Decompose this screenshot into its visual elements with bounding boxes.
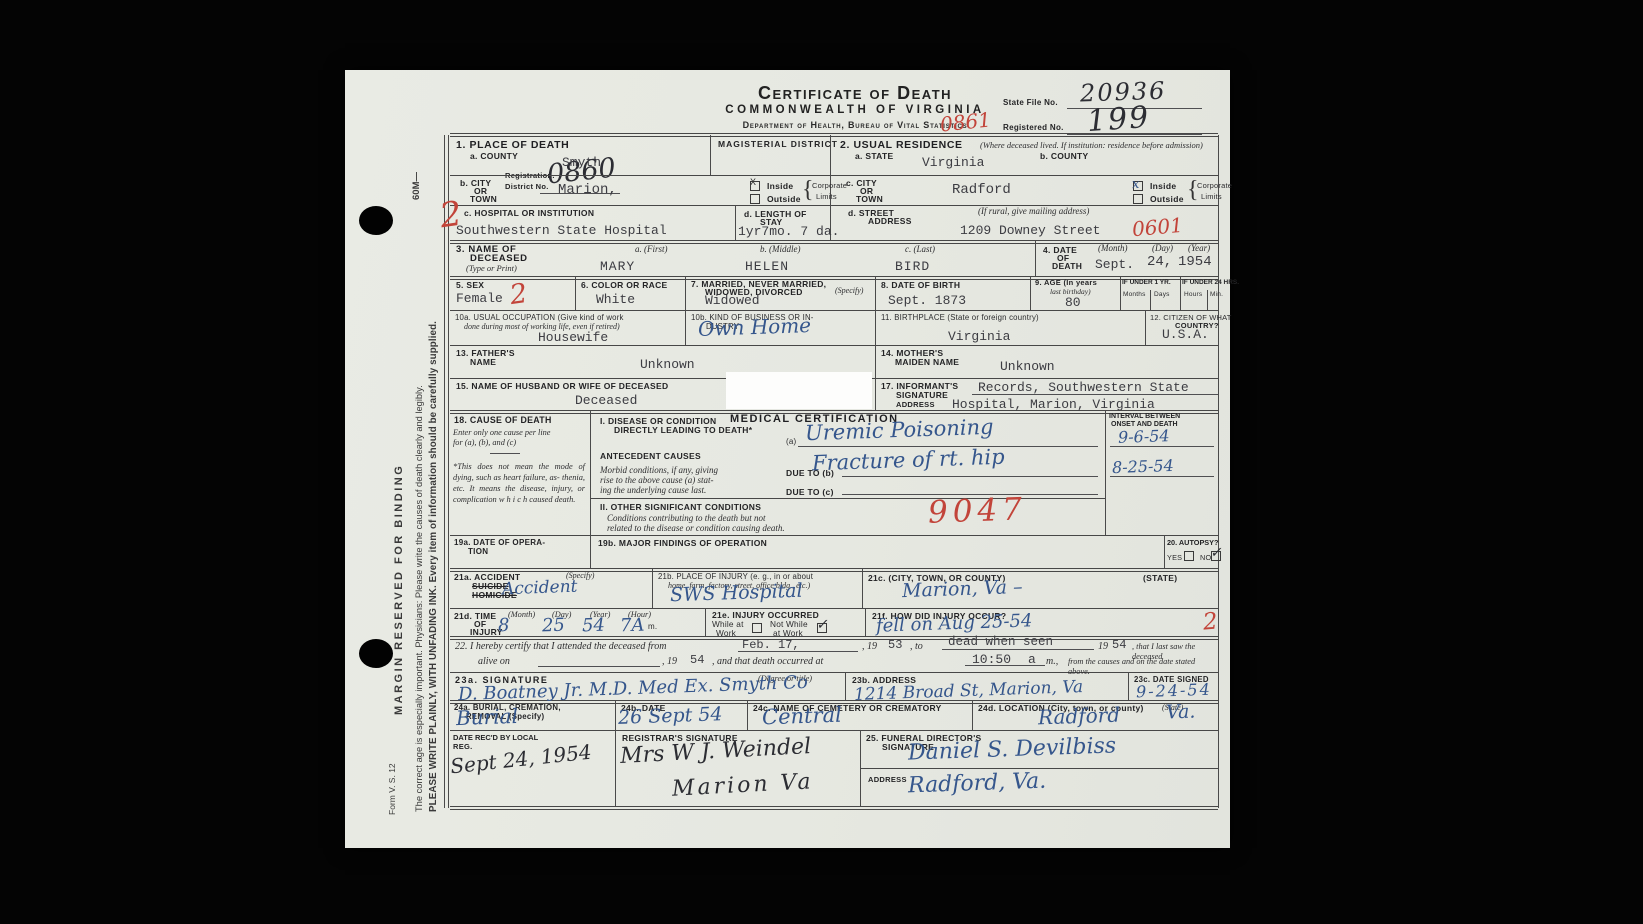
injury-m-label: m. <box>648 622 657 632</box>
disease-label-2: DIRECTLY LEADING TO DEATH* <box>614 425 752 435</box>
punch-hole <box>359 206 393 235</box>
year3-value: 54 <box>690 653 704 667</box>
commonwealth-title: COMMONWEALTH OF VIRGINIA <box>645 104 1065 116</box>
year3-label: , 19 <box>662 656 677 669</box>
color-race-label: 6. COLOR OR RACE <box>581 280 668 290</box>
to-label: , to <box>910 641 923 654</box>
interval-a-value: 9-6-54 <box>1118 426 1170 447</box>
inside-label: Inside <box>767 181 793 191</box>
red-mark-sex: 2 <box>508 278 529 311</box>
burial-value: Burial <box>456 704 519 730</box>
injury-month-label: (Month) <box>508 610 535 620</box>
residence-outside-label: Outside <box>1150 194 1184 204</box>
burial-location-value: Radford <box>1038 703 1121 730</box>
department-title: Department of Health, Bureau of Vital St… <box>645 120 1065 130</box>
hospital-value: Southwestern State Hospital <box>456 223 667 238</box>
injury-city-value: Marion, Va – <box>902 576 1023 602</box>
date-of-birth-value: Sept. 1873 <box>888 293 966 308</box>
attended-from-value: Feb. 17, <box>742 638 800 652</box>
residence-state-label: a. STATE <box>855 151 893 161</box>
last-name-value: BIRD <box>895 259 930 274</box>
autopsy-no-mark: ✓ <box>1210 545 1223 562</box>
county-value: Smyth <box>562 155 601 170</box>
middle-name-value: HELEN <box>745 259 789 274</box>
date-of-death-label-death: DEATH <box>1052 261 1082 271</box>
date-of-birth-label: 8. DATE OF BIRTH <box>881 280 960 290</box>
mother-value: Unknown <box>1000 359 1055 374</box>
death-year-value: 1954 <box>1178 254 1212 270</box>
while-at-label-2: Work <box>716 629 736 639</box>
city-value: Marion, <box>558 182 617 198</box>
middle-name-label: b. (Middle) <box>760 244 801 255</box>
certificate-form: 1. PLACE OF DEATH a. COUNTY Smyth MAGIST… <box>450 135 1218 808</box>
date-recd-label: DATE REC'D BY LOCAL <box>453 733 538 742</box>
year1-value: 53 <box>888 638 902 652</box>
city-label-town: TOWN <box>470 194 497 204</box>
outside-checkbox <box>750 194 760 204</box>
birthplace-label: 11. BIRTHPLACE (State or foreign country… <box>881 313 1039 322</box>
residence-limits-label: Limits <box>1201 192 1222 201</box>
min-label: Min. <box>1210 291 1223 299</box>
type-or-print-note: (Type or Print) <box>466 263 517 274</box>
red-mark-hospital: 2 <box>437 194 464 237</box>
date-of-operation-label-2: TION <box>468 547 488 556</box>
residence-county-label: b. COUNTY <box>1040 151 1089 161</box>
first-name-label: a. (First) <box>635 244 668 255</box>
street-address-value: 1209 Downey Street <box>960 223 1100 238</box>
to-value: dead when seen <box>948 635 1053 649</box>
usual-residence-note: (Where deceased lived. If institution: r… <box>980 140 1203 151</box>
registrar-city-value: Marion Va <box>671 769 814 801</box>
funeral-address-label: ADDRESS <box>868 775 907 784</box>
informant-address-value: Hospital, Marion, Virginia <box>952 397 1155 412</box>
place-of-death-title: 1. PLACE OF DEATH <box>456 139 569 151</box>
father-value: Unknown <box>640 357 695 372</box>
if-under-24hrs-label: IF UNDER 24 HRS. <box>1182 279 1239 286</box>
informant-label-2: SIGNATURE <box>896 390 948 400</box>
months-label: Months <box>1123 291 1146 299</box>
certificate-title: Certificate of Death <box>645 83 1065 104</box>
street-address-note: (If rural, give mailing address) <box>978 206 1089 217</box>
outside-label: Outside <box>767 194 801 204</box>
residence-inside-mark: x <box>1132 177 1140 192</box>
last-name-label: c. (Last) <box>905 244 935 255</box>
how-injury-value: fell on Aug 25-54 <box>876 610 1033 636</box>
death-year-label: (Year) <box>1188 243 1210 254</box>
sex-value: Female <box>456 291 503 306</box>
other-conditions-label: II. OTHER SIGNIFICANT CONDITIONS <box>600 502 761 512</box>
magisterial-district-label: MAGISTERIAL DISTRICT <box>718 139 838 149</box>
alive-on-label: alive on <box>478 656 510 669</box>
citizen-value: U.S.A. <box>1162 327 1209 342</box>
residence-inside-label: Inside <box>1150 181 1176 191</box>
informant-address-label: ADDRESS <box>896 400 935 409</box>
corporate-label: Corporate <box>812 181 847 190</box>
cause-b-value: Fracture of rt. hip <box>812 445 1005 476</box>
red-stamp-0601: 0601 <box>1131 213 1184 241</box>
mother-label-2: MAIDEN NAME <box>895 357 959 367</box>
residence-city-label-town: TOWN <box>856 194 883 204</box>
cause-note-1b: for (a), (b), and (c) <box>453 438 516 448</box>
father-label-2: NAME <box>470 357 496 367</box>
place-of-injury-value: SWS Hospital <box>670 580 803 607</box>
margin-form-number: Form V. S. 12 <box>387 763 397 815</box>
margin-write-plainly-note: PLEASE WRITE PLAINLY, WITH UNFADING INK.… <box>428 321 439 812</box>
usual-residence-title: 2. USUAL RESIDENCE <box>840 139 963 151</box>
margin-print-quantity: 60M— <box>411 172 422 200</box>
cause-a-label: (a) <box>786 437 796 447</box>
date-recd-label-2: REG. <box>453 742 473 751</box>
death-month-label: (Month) <box>1098 243 1128 254</box>
margin-binding-note: MARGIN RESERVED FOR BINDING <box>393 464 405 715</box>
cemetery-value: Central <box>762 703 843 730</box>
interval-label: INTERVAL BETWEEN <box>1109 413 1180 420</box>
punch-hole <box>359 639 393 668</box>
marital-specify-note: (Specify) <box>835 286 863 296</box>
residence-state-value: Virginia <box>922 155 984 170</box>
if-under-1yr-label: IF UNDER 1 YR. <box>1122 279 1171 286</box>
injury-state-label: (STATE) <box>1143 573 1177 583</box>
death-day-label: (Day) <box>1152 243 1173 254</box>
registered-no-label: Registered No. <box>1003 123 1064 132</box>
cause-note-1: Enter only one cause per line <box>453 428 550 438</box>
funeral-address-value: Radford, Va. <box>908 769 1047 799</box>
antecedent-causes-label: ANTECEDENT CAUSES <box>600 451 701 461</box>
occupation-label: 10a. USUAL OCCUPATION (Give kind of work <box>455 313 624 322</box>
sex-label: 5. SEX <box>456 280 484 290</box>
injury-day-value: 25 <box>542 615 566 637</box>
county-label: a. COUNTY <box>470 151 518 161</box>
spouse-label: 15. NAME OF HUSBAND OR WIFE OF DECEASED <box>456 381 668 391</box>
age-value: 80 <box>1065 295 1081 310</box>
length-of-stay-value: 1yr7mo. 7 da. <box>738 224 839 239</box>
date-signed-value: 9-24-54 <box>1136 680 1212 702</box>
red-mark-21: 2 <box>1202 608 1219 635</box>
m-label: m., <box>1046 656 1058 669</box>
business-value: Own Home <box>698 313 812 341</box>
first-name-value: MARY <box>600 259 635 274</box>
margin-age-note: The correct age is especially important.… <box>414 385 424 812</box>
certify-statement-1: 22. I hereby certify that I attended the… <box>455 641 666 654</box>
hours-label: Hours <box>1184 291 1202 299</box>
limits-label: Limits <box>816 192 837 201</box>
whiteout-patch <box>726 372 872 409</box>
injury-month-value: 8 <box>498 615 510 636</box>
accident-value: Accident <box>502 577 578 600</box>
hospital-label: c. HOSPITAL OR INSTITUTION <box>464 208 594 218</box>
major-findings-label: 19b. MAJOR FINDINGS OF OPERATION <box>598 538 767 548</box>
occupation-value: Housewife <box>538 330 608 345</box>
state-file-no-label: State File No. <box>1003 98 1058 107</box>
injury-hour-value: 7A <box>620 615 645 637</box>
days-label: Days <box>1154 291 1170 299</box>
birthplace-value: Virginia <box>948 329 1010 344</box>
informant-value: Records, Southwestern State <box>978 380 1189 395</box>
year2-label: 19 <box>1098 641 1108 654</box>
cause-of-death-label: 18. CAUSE OF DEATH <box>454 415 552 425</box>
due-to-c-label: DUE TO (c) <box>786 487 834 497</box>
death-day-value: 24, <box>1147 254 1172 270</box>
spouse-value: Deceased <box>575 393 637 408</box>
other-conditions-note-2: related to the disease or condition caus… <box>607 523 785 534</box>
autopsy-yes-label: YES <box>1167 554 1182 563</box>
inside-checkbox-mark: X <box>750 178 756 189</box>
residence-city-value: Radford <box>952 182 1011 198</box>
color-race-value: White <box>596 292 635 307</box>
death-certificate-document: 60M— MARGIN RESERVED FOR BINDING PLEASE … <box>345 70 1230 848</box>
interval-b-value: 8-25-54 <box>1112 456 1174 477</box>
residence-corporate-label: Corporate <box>1197 181 1232 190</box>
burial-location-state-value: Va. <box>1166 700 1196 723</box>
death-month-value: Sept. <box>1095 257 1134 272</box>
not-while-at-work-mark: ✓ <box>816 617 829 634</box>
cause-a-value: Uremic Poisoning <box>805 415 994 446</box>
date-of-operation-label: 19a. DATE OF OPERA- <box>454 538 545 547</box>
residence-outside-checkbox <box>1133 194 1143 204</box>
cause-note-2: *This does not mean the mode of dying, s… <box>453 461 585 505</box>
injury-year-value: 54 <box>582 615 606 637</box>
morbid-note-3: ing the underlying cause last. <box>600 485 706 496</box>
street-address-label-2: ADDRESS <box>868 216 912 226</box>
year2-value: 54 <box>1112 638 1126 652</box>
marital-value: Widowed <box>705 293 760 308</box>
certify-statement-4: , and that death occurred at <box>712 656 823 669</box>
while-at-work-checkbox <box>752 623 762 633</box>
autopsy-yes-checkbox <box>1184 551 1194 561</box>
red-code-9047: 9047 <box>927 491 1027 530</box>
burial-date-value: 26 Sept 54 <box>618 703 723 729</box>
scan-background: 60M— MARGIN RESERVED FOR BINDING PLEASE … <box>0 0 1643 924</box>
year1-label: , 19 <box>862 641 877 654</box>
age-label: 9. AGE (In years <box>1035 278 1097 287</box>
